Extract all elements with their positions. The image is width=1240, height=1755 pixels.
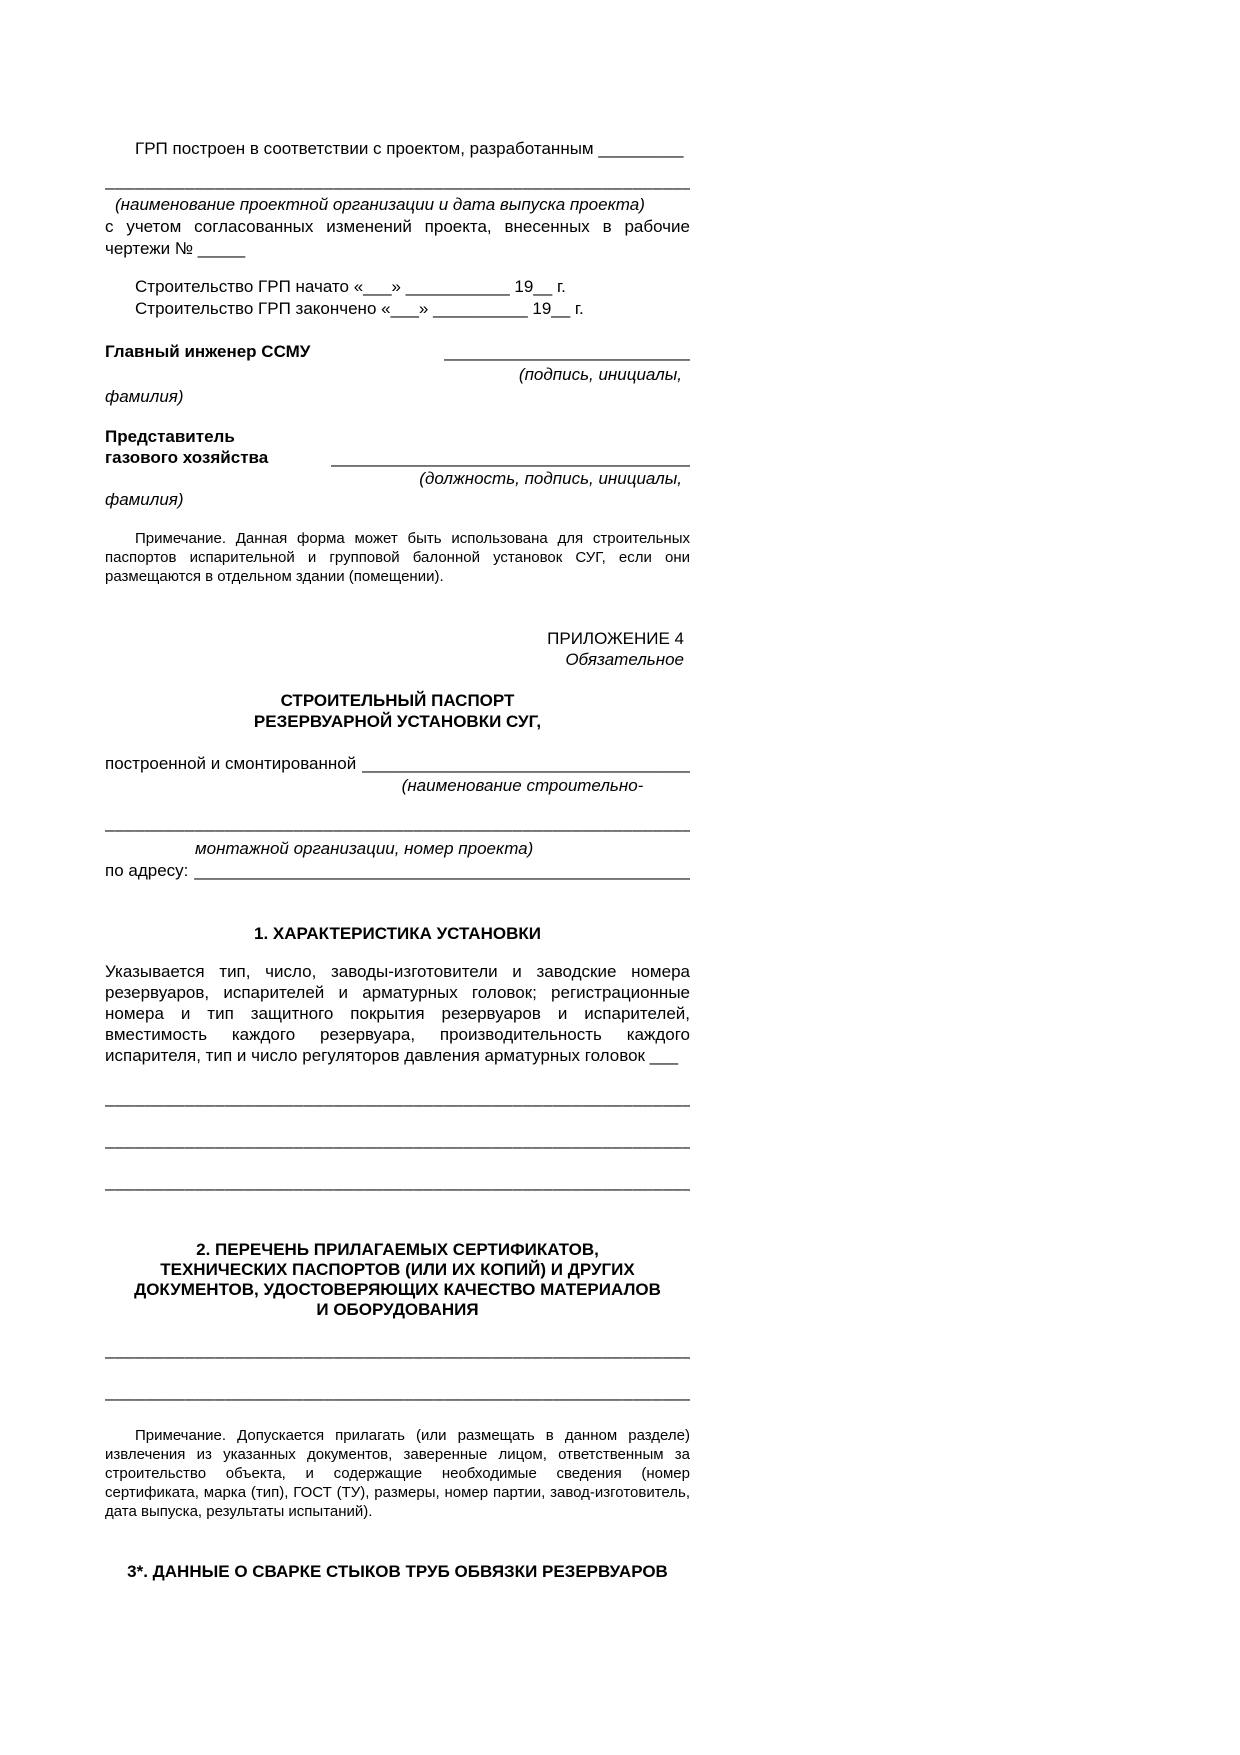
address-row: по адресу: _____________________________… <box>105 860 690 881</box>
intro-line-2: с учетом согласованных изменений проекта… <box>105 216 690 237</box>
section-2-heading-line-3: ДОКУМЕНТОВ, УДОСТОВЕРЯЮЩИХ КАЧЕСТВО МАТЕ… <box>105 1280 690 1300</box>
fill-in-line: ________________________________________… <box>194 860 690 881</box>
fill-in-line: ________________________________________… <box>105 1129 690 1150</box>
project-org-caption: (наименование проектной организации и да… <box>105 194 690 215</box>
fill-in-line: ________________________________________… <box>105 812 690 833</box>
note-usage: Примечание. Данная форма может быть испо… <box>105 529 690 586</box>
intro-line-1: ГРП построен в соответствии с проектом, … <box>105 138 690 159</box>
fill-in-line: ________________________________________… <box>362 753 690 774</box>
signature-initials-caption: (подпись, инициалы, <box>105 364 690 385</box>
note-attachments: Примечание. Допускается прилагать (или р… <box>105 1426 690 1521</box>
section-2-heading-line-1: 2. ПЕРЕЧЕНЬ ПРИЛАГАЕМЫХ СЕРТИФИКАТОВ, <box>105 1240 690 1260</box>
passport-title-line-2: РЕЗЕРВУАРНОЙ УСТАНОВКИ СУГ, <box>105 711 690 732</box>
intro-line-3: чертежи № _____ <box>105 238 690 259</box>
document-page: ГРП построен в соответствии с проектом, … <box>0 0 1240 1755</box>
signature-fill-in-line: ______________________________________ <box>331 447 690 468</box>
chief-engineer-label: Главный инженер ССМУ <box>105 341 310 362</box>
content-column: ГРП построен в соответствии с проектом, … <box>105 0 690 1582</box>
section-2-heading-line-2: ТЕХНИЧЕСКИХ ПАСПОРТОВ (ИЛИ ИХ КОПИЙ) И Д… <box>105 1260 690 1280</box>
section-3-heading: 3*. ДАННЫЕ О СВАРКЕ СТЫКОВ ТРУБ ОБВЯЗКИ … <box>105 1561 690 1582</box>
fill-in-line: ________________________________________… <box>105 1171 690 1192</box>
section-1-heading: 1. ХАРАКТЕРИСТИКА УСТАНОВКИ <box>105 923 690 944</box>
signature-fill-in-line: __________________________ <box>444 341 690 362</box>
surname-caption: фамилия) <box>105 489 690 510</box>
gas-representative-label-1: Представитель <box>105 426 690 447</box>
address-label: по адресу: <box>105 860 188 881</box>
chief-engineer-row: Главный инженер ССМУ ___________________… <box>105 341 690 362</box>
fill-in-line: ________________________________________… <box>105 1087 690 1108</box>
section-1-body: Указывается тип, число, заводы-изготовит… <box>105 961 690 1066</box>
surname-caption: фамилия) <box>105 386 690 407</box>
builder-caption-part-1: (наименование строительно- <box>105 775 690 796</box>
fill-in-line: ________________________________________… <box>105 1339 690 1360</box>
fill-in-line: ________________________________________… <box>105 170 690 191</box>
appendix-subtitle: Обязательное <box>105 649 690 670</box>
passport-title-line-1: СТРОИТЕЛЬНЫЙ ПАСПОРТ <box>105 690 690 711</box>
section-2-heading-line-4: И ОБОРУДОВАНИЯ <box>105 1300 690 1320</box>
gas-representative-row: газового хозяйства _____________________… <box>105 447 690 468</box>
appendix-title: ПРИЛОЖЕНИЕ 4 <box>105 628 690 649</box>
builder-caption-part-2: монтажной организации, номер проекта) <box>105 838 690 859</box>
built-by-label: построенной и смонтированной <box>105 753 356 774</box>
fill-in-line: ________________________________________… <box>105 1381 690 1402</box>
built-by-row: построенной и смонтированной ___________… <box>105 753 690 774</box>
construction-finish-line: Строительство ГРП закончено «___» ______… <box>105 298 690 319</box>
position-signature-caption: (должность, подпись, инициалы, <box>105 468 690 489</box>
section-2-heading: 2. ПЕРЕЧЕНЬ ПРИЛАГАЕМЫХ СЕРТИФИКАТОВ, ТЕ… <box>105 1240 690 1320</box>
construction-start-line: Строительство ГРП начато «___» _________… <box>105 276 690 297</box>
gas-representative-label-2: газового хозяйства <box>105 447 268 468</box>
